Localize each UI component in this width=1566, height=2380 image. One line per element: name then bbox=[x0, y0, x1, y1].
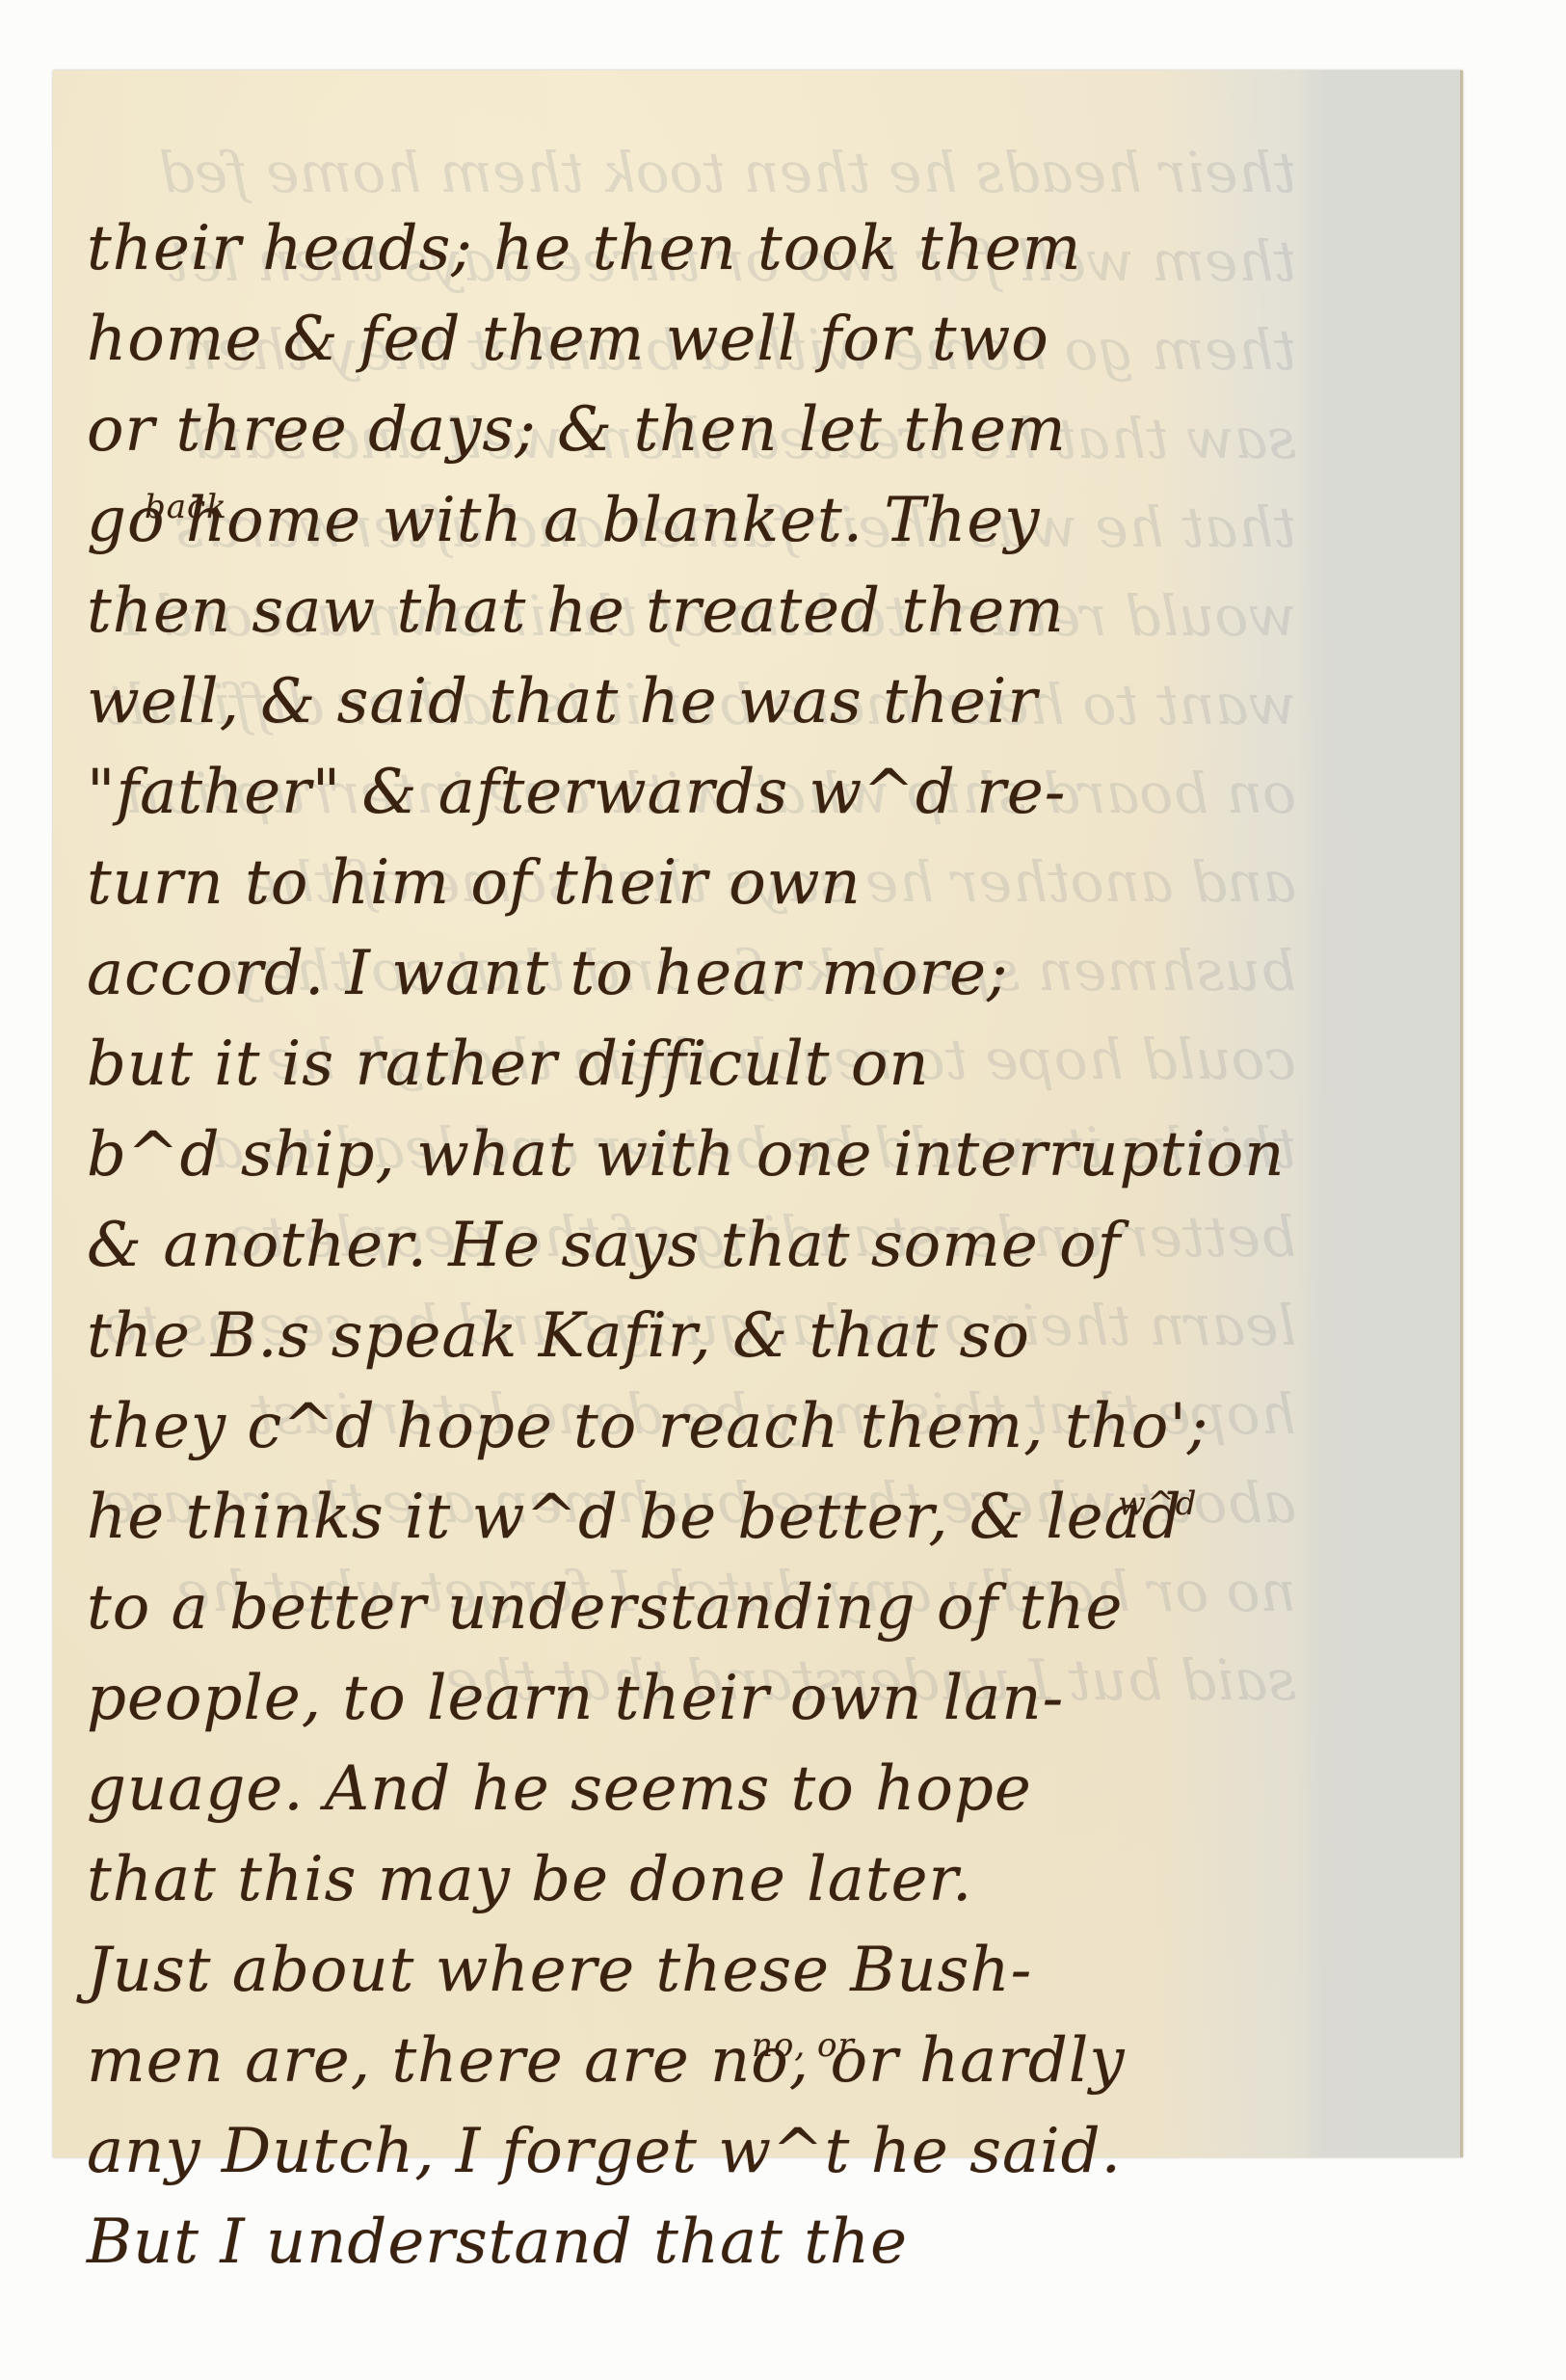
text-line: or three days; & then let them bbox=[87, 385, 1359, 475]
text-line: & another. He says that some of bbox=[87, 1200, 1359, 1291]
handwritten-text: their heads; he then took them home & fe… bbox=[87, 203, 1359, 2287]
text-line: b^d ship, what with one interruption bbox=[87, 1110, 1359, 1200]
text-line: well, & said that he was their bbox=[87, 656, 1359, 747]
line-text: go home with a blanket. They bbox=[87, 485, 1040, 556]
line-text: men are, there are no, or hardly bbox=[87, 2025, 1126, 2097]
text-line: Just about where these Bush- bbox=[87, 1925, 1359, 2016]
text-line: their heads; he then took them bbox=[87, 203, 1359, 294]
text-line: guage. And he seems to hope bbox=[87, 1744, 1359, 1834]
text-line: "father" & afterwards w^d re- bbox=[87, 747, 1359, 838]
paper-edge bbox=[1460, 70, 1463, 2157]
text-line: any Dutch, I forget w^t he said. bbox=[87, 2106, 1359, 2197]
text-line: back go home with a blanket. They bbox=[87, 475, 1359, 566]
text-line: that this may be done later. bbox=[87, 1834, 1359, 1925]
line-text: he thinks it w^d be better, & lead bbox=[87, 1482, 1182, 1553]
text-line: But I understand that the bbox=[87, 2197, 1359, 2287]
text-line: w^d he thinks it w^d be better, & lead bbox=[87, 1472, 1359, 1563]
text-line: accord. I want to hear more; bbox=[87, 928, 1359, 1019]
interlinear-insertion: no, or bbox=[752, 2000, 855, 2091]
interlinear-insertion: w^d bbox=[1118, 1458, 1197, 1549]
text-line: turn to him of their own bbox=[87, 838, 1359, 928]
interlinear-insertion: back bbox=[145, 462, 227, 552]
text-line: home & fed them well for two bbox=[87, 294, 1359, 385]
text-line: then saw that he treated them bbox=[87, 566, 1359, 656]
text-line: but it is rather difficult on bbox=[87, 1019, 1359, 1110]
text-line: to a better understanding of the bbox=[87, 1563, 1359, 1653]
text-line: people, to learn their own lan- bbox=[87, 1653, 1359, 1744]
letter-sheet: their heads he then took them home fed t… bbox=[53, 70, 1463, 2157]
text-line: no, or men are, there are no, or hardly bbox=[87, 2016, 1359, 2106]
text-line: the B.s speak Kafir, & that so bbox=[87, 1291, 1359, 1381]
